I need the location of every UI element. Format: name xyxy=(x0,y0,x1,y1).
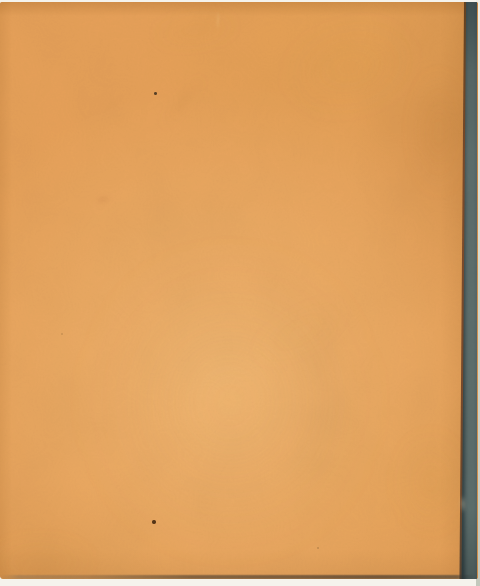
cover-paper xyxy=(0,2,478,579)
photo-backdrop xyxy=(0,0,480,586)
book-back-cover xyxy=(0,2,478,579)
bottom-edge-shadow xyxy=(0,575,476,579)
